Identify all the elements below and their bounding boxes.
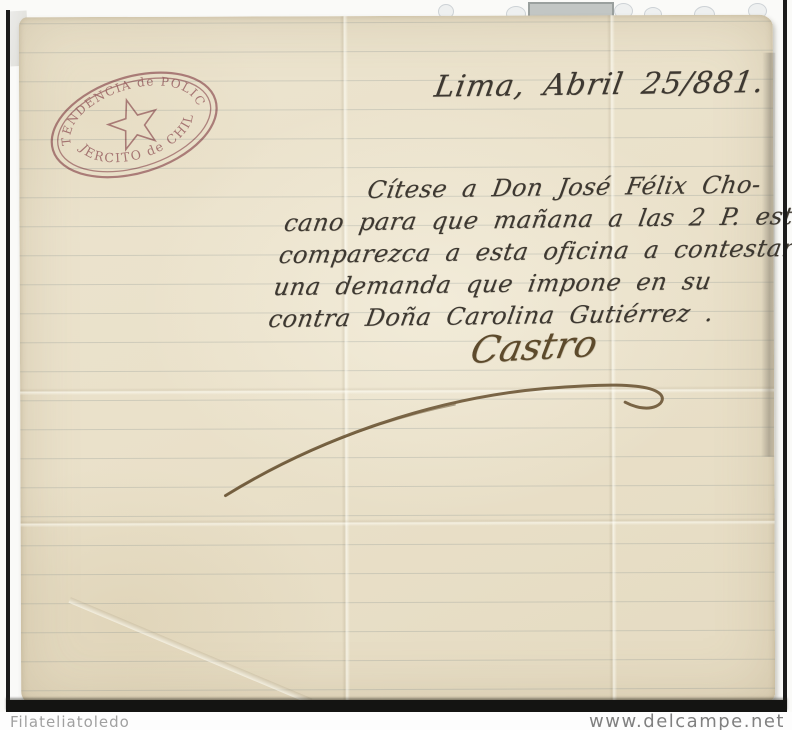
- watermark-site: www.delcampe.net: [589, 711, 785, 730]
- letter-paper: INTENDENCIA de POLICIA EJERCITO de CHILE…: [19, 15, 775, 704]
- scan-frame-right: [783, 0, 787, 712]
- signature-flourish: [195, 334, 696, 506]
- watermark-seller: Filateliatoledo: [10, 713, 130, 730]
- scanned-document-page: INTENDENCIA de POLICIA EJERCITO de CHILE…: [0, 0, 792, 730]
- handwritten-dateline: Lima, Abril 25/881.: [432, 65, 767, 105]
- scan-frame-left: [6, 10, 10, 712]
- handwritten-body: Cítese a Don José Félix Cho- cano para q…: [266, 168, 792, 335]
